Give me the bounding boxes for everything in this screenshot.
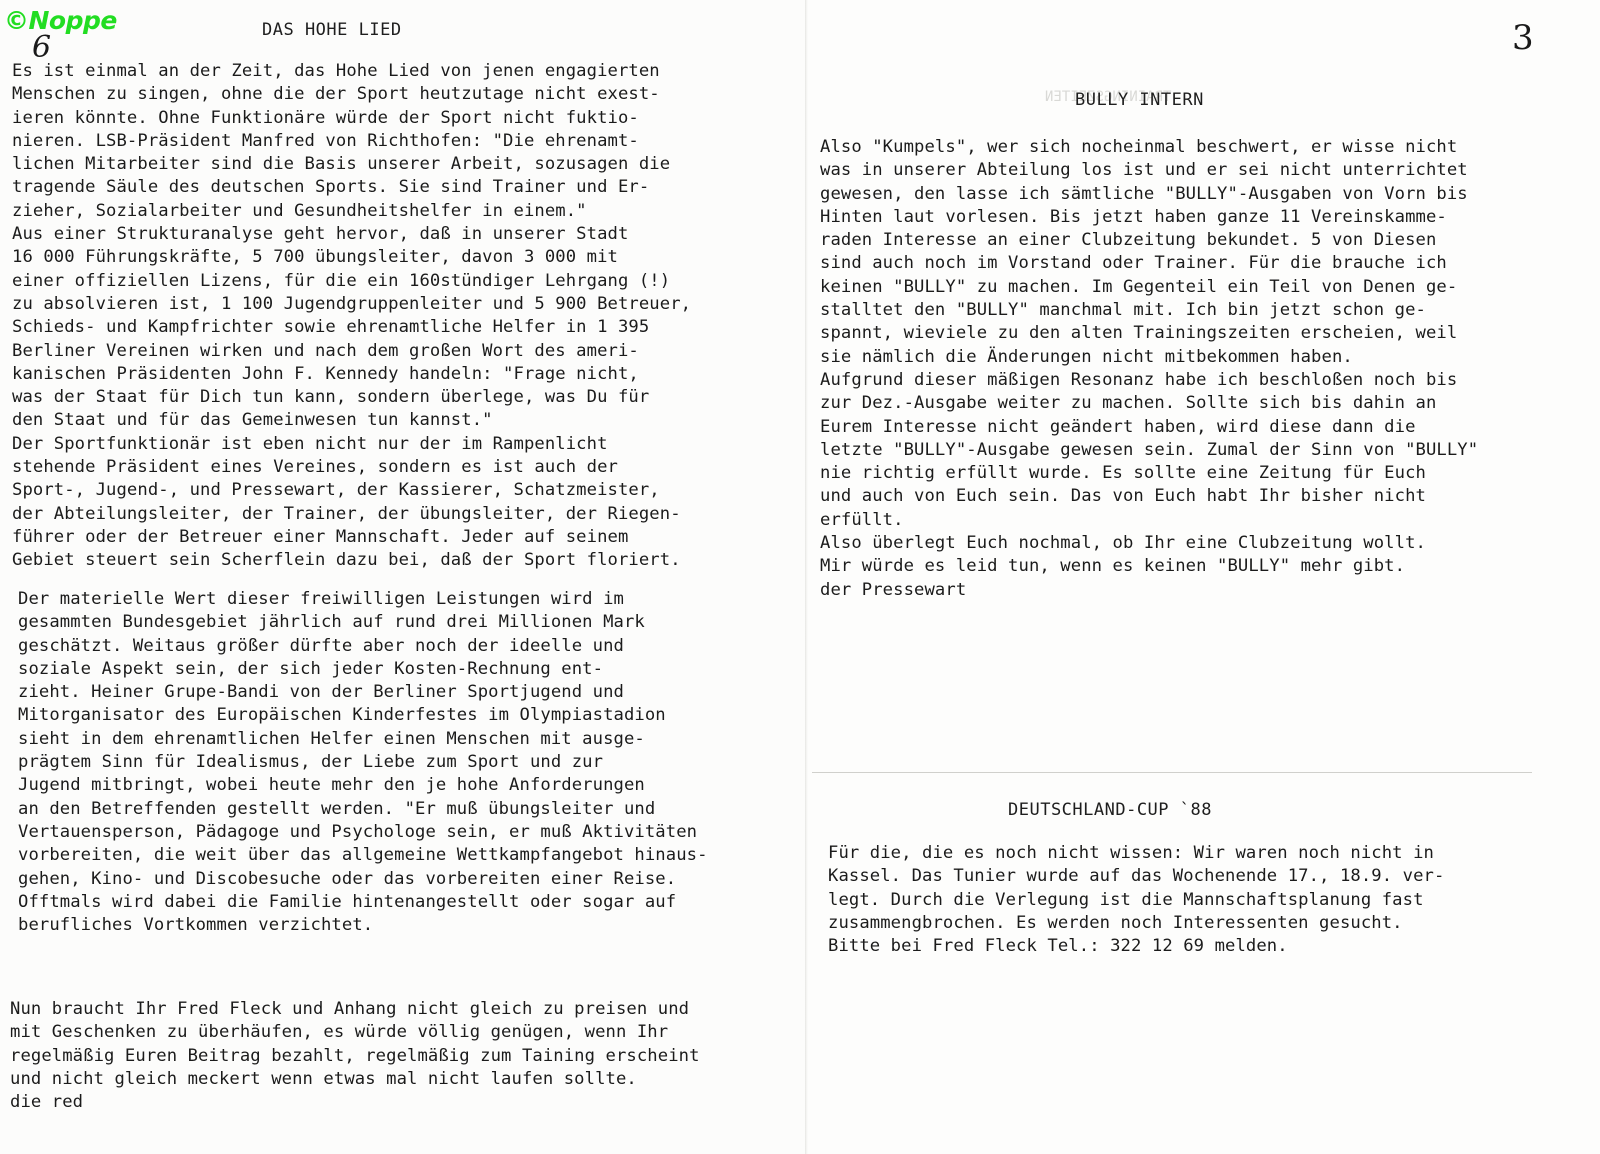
text-line: Berliner Vereinen wirken und nach dem gr… xyxy=(12,340,691,363)
text-line: Aus einer Strukturanalyse geht hervor, d… xyxy=(12,223,691,246)
text-line: prägtem Sinn für Idealismus, der Liebe z… xyxy=(18,751,708,774)
text-line: Mitorganisator des Europäischen Kinderfe… xyxy=(18,704,708,727)
text-line: Schieds- und Kampfrichter sowie ehrenamt… xyxy=(12,316,691,339)
text-line: zu absolvieren ist, 1 100 Jugendgruppenl… xyxy=(12,293,691,316)
text-line: raden Interesse an einer Clubzeitung bek… xyxy=(820,229,1478,252)
text-line: führer oder der Betreuer einer Mannschaf… xyxy=(12,526,691,549)
text-line: soziale Aspekt sein, der sich jeder Kost… xyxy=(18,658,708,681)
text-line: Kassel. Das Tunier wurde auf das Wochene… xyxy=(828,865,1444,888)
paragraph-2: Der materielle Wert dieser freiwilligen … xyxy=(18,588,708,937)
text-line: Es ist einmal an der Zeit, das Hohe Lied… xyxy=(12,60,691,83)
text-line: Bitte bei Fred Fleck Tel.: 322 12 69 mel… xyxy=(828,935,1444,958)
text-line: Nun braucht Ihr Fred Fleck und Anhang ni… xyxy=(10,998,700,1021)
text-line: was der Staat für Dich tun kann, sondern… xyxy=(12,386,691,409)
text-line: keinen "BULLY" zu machen. Im Gegenteil e… xyxy=(820,276,1478,299)
text-line: Für die, die es noch nicht wissen: Wir w… xyxy=(828,842,1444,865)
text-line: und auch von Euch sein. Das von Euch hab… xyxy=(820,485,1478,508)
text-line: Eurem Interesse nicht geändert haben, wi… xyxy=(820,416,1478,439)
text-line: den Staat und für das Gemeinwesen tun ka… xyxy=(12,409,691,432)
text-line: stalltet den "BULLY" manchmal mit. Ich b… xyxy=(820,299,1478,322)
text-line: regelmäßig Euren Beitrag bezahlt, regelm… xyxy=(10,1045,700,1068)
text-line: zieher, Sozialarbeiter und Gesundheitshe… xyxy=(12,200,691,223)
text-line: Hinten laut vorlesen. Bis jetzt haben ga… xyxy=(820,206,1478,229)
text-line: legt. Durch die Verlegung ist die Mannsc… xyxy=(828,889,1444,912)
text-line: 16 000 Führungskräfte, 5 700 übungsleite… xyxy=(12,246,691,269)
text-line: Sport-, Jugend-, und Pressewart, der Kas… xyxy=(12,479,691,502)
article-title-deutschland-cup: DEUTSCHLAND-CUP `88 xyxy=(1008,800,1212,820)
text-line: Aufgrund dieser mäßigen Resonanz habe ic… xyxy=(820,369,1478,392)
text-line: Menschen zu singen, ohne die der Sport h… xyxy=(12,83,691,106)
text-line: was in unserer Abteilung los ist und er … xyxy=(820,159,1478,182)
deutschland-cup-body: Für die, die es noch nicht wissen: Wir w… xyxy=(828,842,1444,958)
text-line: erfüllt. xyxy=(820,509,1478,532)
bully-intern-body: Also "Kumpels", wer sich nocheinmal besc… xyxy=(820,136,1478,602)
text-line: letzte "BULLY"-Ausgabe gewesen sein. Zum… xyxy=(820,439,1478,462)
text-line: und nicht gleich meckert wenn etwas mal … xyxy=(10,1068,700,1091)
page-fold xyxy=(805,0,808,1154)
text-line: gesammten Bundesgebiet jährlich auf rund… xyxy=(18,611,708,634)
text-line: Der materielle Wert dieser freiwilligen … xyxy=(18,588,708,611)
text-line: Vertauensperson, Pädagoge und Psychologe… xyxy=(18,821,708,844)
text-line: die red xyxy=(10,1091,700,1114)
article-title-das-hohe-lied: DAS HOHE LIED xyxy=(262,20,402,40)
text-line: lichen Mitarbeiter sind die Basis unsere… xyxy=(12,153,691,176)
text-line: sind auch noch im Vorstand oder Trainer.… xyxy=(820,252,1478,275)
text-line: ieren könnte. Ohne Funktionäre würde der… xyxy=(12,107,691,130)
article-title-bully-intern: BULLY INTERN xyxy=(1075,90,1204,110)
text-line: zur Dez.-Ausgabe weiter zu machen. Sollt… xyxy=(820,392,1478,415)
text-line: zusammengbrochen. Es werden noch Interes… xyxy=(828,912,1444,935)
text-line: Mir würde es leid tun, wenn es keinen "B… xyxy=(820,555,1478,578)
paragraph-3: Nun braucht Ihr Fred Fleck und Anhang ni… xyxy=(10,998,700,1114)
text-line: nie richtig erfüllt wurde. Es sollte ein… xyxy=(820,462,1478,485)
watermark: ©Noppe xyxy=(4,6,117,35)
text-line: berufliches Vortkommen verzichtet. xyxy=(18,914,708,937)
text-line: gewesen, den lasse ich sämtliche "BULLY"… xyxy=(820,183,1478,206)
text-line: an den Betreffenden gestellt werden. "Er… xyxy=(18,798,708,821)
text-line: sie nämlich die Änderungen nicht mitbeko… xyxy=(820,346,1478,369)
page-number-right: 3 xyxy=(1512,18,1534,58)
text-line: kanischen Präsidenten John F. Kennedy ha… xyxy=(12,363,691,386)
text-line: vorbereiten, die weit über das allgemein… xyxy=(18,844,708,867)
text-line: der Abteilungsleiter, der Trainer, der ü… xyxy=(12,503,691,526)
text-line: Der Sportfunktionär ist eben nicht nur d… xyxy=(12,433,691,456)
text-line: Also überlegt Euch nochmal, ob Ihr eine … xyxy=(820,532,1478,555)
text-line: spannt, wieviele zu den alten Trainingsz… xyxy=(820,322,1478,345)
text-line: Jugend mitbringt, wobei heute mehr den j… xyxy=(18,774,708,797)
text-line: zieht. Heiner Grupe-Bandi von der Berlin… xyxy=(18,681,708,704)
text-line: Offtmals wird dabei die Familie hintenan… xyxy=(18,891,708,914)
text-line: gehen, Kino- und Discobesuche oder das v… xyxy=(18,868,708,891)
text-line: mit Geschenken zu überhäufen, es würde v… xyxy=(10,1021,700,1044)
text-line: geschätzt. Weitaus größer dürfte aber no… xyxy=(18,635,708,658)
text-line: der Pressewart xyxy=(820,579,1478,602)
text-line: nieren. LSB-Präsident Manfred von Richth… xyxy=(12,130,691,153)
text-line: Gebiet steuert sein Scherflein dazu bei,… xyxy=(12,549,691,572)
text-line: sieht in dem ehrenamtlichen Helfer einen… xyxy=(18,728,708,751)
text-line: stehende Präsident eines Vereines, sonde… xyxy=(12,456,691,479)
divider-line xyxy=(812,772,1532,773)
text-line: tragende Säule des deutschen Sports. Sie… xyxy=(12,176,691,199)
paragraph-1: Es ist einmal an der Zeit, das Hohe Lied… xyxy=(12,60,691,573)
text-line: einer offiziellen Lizens, für die ein 16… xyxy=(12,270,691,293)
text-line: Also "Kumpels", wer sich nocheinmal besc… xyxy=(820,136,1478,159)
